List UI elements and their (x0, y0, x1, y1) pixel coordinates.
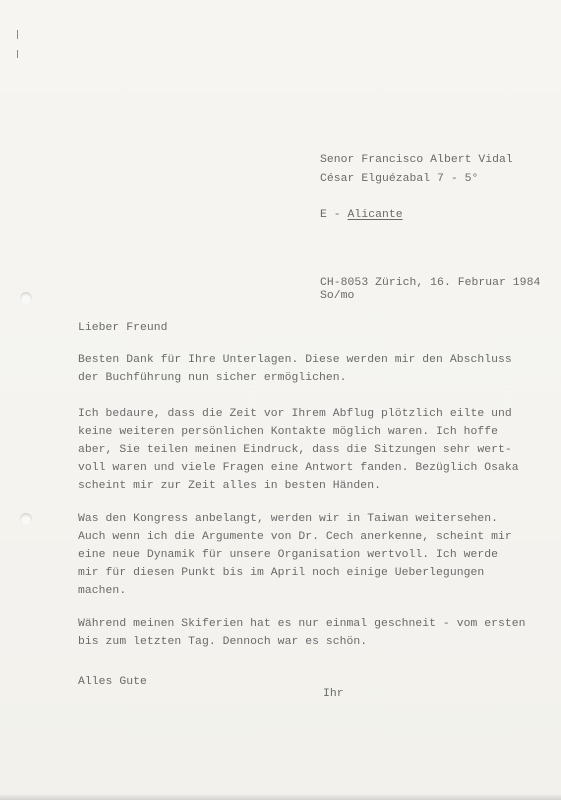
paragraph-1-line: Besten Dank für Ihre Unterlagen. Diese w… (78, 354, 512, 367)
margin-mark (17, 30, 18, 39)
place-date: CH-8053 Zürich, 16. Februar 1984 (320, 277, 540, 290)
signature-word: Ihr (323, 688, 344, 701)
paragraph-1-line: der Buchführung nun sicher ermöglichen. (78, 372, 347, 385)
paragraph-3-line: eine neue Dynamik für unsere Organisatio… (78, 549, 498, 562)
paragraph-2-line: aber, Sie teilen meinen Eindruck, dass d… (78, 444, 512, 457)
paragraph-2-line: Ich bedaure, dass die Zeit vor Ihrem Abf… (78, 408, 512, 421)
punch-hole (20, 292, 32, 304)
paragraph-2-line: voll waren und viele Fragen eine Antwort… (78, 462, 519, 475)
recipient-name: Senor Francisco Albert Vidal (320, 154, 513, 167)
paragraph-2-line: scheint mir zur Zeit alles in besten Hän… (78, 480, 381, 493)
paragraph-3-line: mir für diesen Punkt bis im April noch e… (78, 567, 484, 580)
closing: Alles Gute (78, 676, 147, 689)
country-prefix: E - (320, 209, 348, 221)
paragraph-3-line: Was den Kongress anbelangt, werden wir i… (78, 513, 498, 526)
recipient-city-line: E - Alicante (320, 209, 403, 222)
punch-hole (20, 513, 32, 525)
recipient-city: Alicante (348, 209, 403, 221)
page-edge (0, 794, 561, 800)
paragraph-4-line: Während meinen Skiferien hat es nur einm… (78, 618, 526, 631)
salutation: Lieber Freund (78, 322, 168, 335)
paragraph-4-line: bis zum letzten Tag. Dennoch war es schö… (78, 636, 367, 649)
letter-page: Senor Francisco Albert Vidal César Elgué… (0, 0, 561, 800)
paragraph-3-line: machen. (78, 585, 126, 598)
reference-initials: So/mo (320, 290, 354, 303)
margin-mark (17, 50, 18, 58)
paragraph-3-line: Auch wenn ich die Argumente von Dr. Cech… (78, 531, 512, 544)
recipient-street: César Elguézabal 7 - 5° (320, 173, 478, 186)
paragraph-2-line: keine weiteren persönlichen Kontakte mög… (78, 426, 498, 439)
